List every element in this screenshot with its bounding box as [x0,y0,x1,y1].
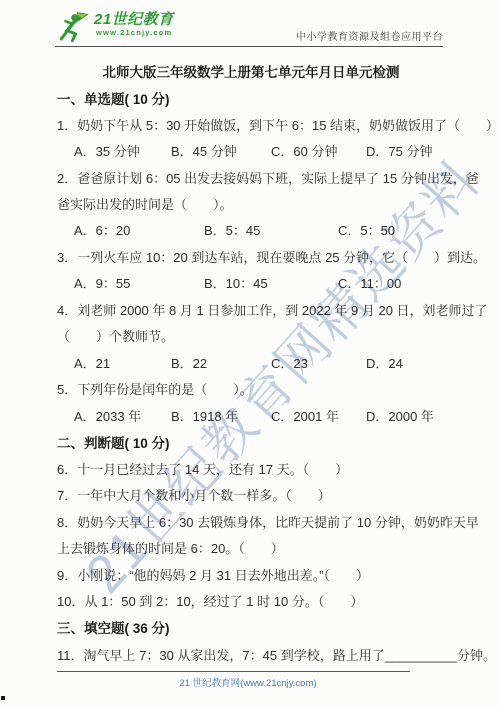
option-item: C．60 分钟 [271,141,366,160]
footer-divider [57,671,410,672]
runner-icon [57,11,91,45]
option-item: D．2000 年 [366,406,434,425]
options-row: A．6：20 B．5：45 C．5：50 [57,217,445,243]
options-row: A．9：55 B．10：45 C．11：00 [57,270,445,296]
brand-name: 21世纪教育 [94,11,174,28]
header-tagline: 中小学教育资源及组卷应用平台 [296,28,443,43]
option-item: A．2033 年 [74,406,171,425]
section-heading-judge: 二、判断题( 10 分) [57,428,445,455]
section-heading-choice: 一、单选题( 10 分) [57,84,445,111]
question-line: 6．十一月已经过去了 14 天，还有 17 天。（ ） [57,455,445,481]
question-line: 爸实际出发的时间是（ ）。 [57,190,445,216]
page-corner-dot [1,696,5,700]
option-item: D．75 分钟 [366,141,432,160]
brand-logo: 21世纪教育 www.21cnjy.com [57,11,174,45]
question-line: 4．刘老师 2000 年 8 月 1 日参加工作，到 2022 年 9 月 20… [57,296,445,322]
options-row: A．2033 年 B．1918 年 C．2001 年 D．2000 年 [57,402,445,428]
brand-url: www.21cnjy.com [96,28,174,37]
question-line: 8．奶奶今天早上 6：30 去锻炼身体，比昨天提前了 10 分钟，奶奶昨天早 [57,508,445,534]
option-item: A．9：55 [74,273,204,292]
question-line: 10．从 1：50 到 2：10，经过了 1 时 10 分。（ ） [57,587,445,613]
question-line: 5．下列年份是闰年的是（ ）。 [57,375,445,401]
question-line: 9．小刚说：“他的妈妈 2 月 31 日去外地出差。”（ ） [57,561,445,587]
question-line: 3．一列火车应 10：20 到达车站，现在要晚点 25 分钟，它（ ）到达。 [57,243,445,269]
option-item: A．21 [74,353,171,372]
brand-text-stack: 21世纪教育 www.21cnjy.com [94,11,174,37]
question-line: 上去锻炼身体的时间是 6：20。（ ） [57,535,445,561]
question-line: 1．奶奶下午从 5：30 开始做饭，到下午 6：15 结束，奶奶做饭用了（ ） [57,111,445,137]
option-item: B．10：45 [204,273,338,292]
question-line: 7．一年中大月个数和小月个数一样多。（ ） [57,482,445,508]
page-header: 21世纪教育 www.21cnjy.com 中小学教育资源及组卷应用平台 [55,0,443,47]
options-row: A．21 B．22 C．23 D．24 [57,349,445,375]
option-item: C．11：00 [338,273,401,292]
option-item: A．6：20 [74,220,204,239]
footer-site-label: 21 世纪教育网(www.21cnjy.com) [57,675,439,689]
worksheet-page: 21世纪教育 www.21cnjy.com 中小学教育资源及组卷应用平台 北师大… [0,0,499,706]
section-heading-fill: 三、填空题( 36 分) [57,614,445,641]
question-line: 11．淘气早上 7：30 从家出发，7：45 到学校，路上用了_________… [57,641,445,667]
main-content: 北师大版三年级数学上册第七单元年月日单元检测 一、单选题( 10 分) 1．奶奶… [57,46,445,667]
option-item: C．5：50 [338,220,395,239]
option-item: A．35 分钟 [74,141,171,160]
option-item: B．22 [171,353,271,372]
page-title: 北师大版三年级数学上册第七单元年月日单元检测 [57,58,445,84]
option-item: C．2001 年 [271,406,366,425]
option-item: B．45 分钟 [171,141,271,160]
options-row: A．35 分钟 B．45 分钟 C．60 分钟 D．75 分钟 [57,137,445,163]
option-item: B．1918 年 [171,406,271,425]
option-item: C．23 [271,353,366,372]
option-item: B．5：45 [204,220,338,239]
question-line: 2．爸爸原计划 6：05 出发去接妈妈下班，实际上提早了 15 分钟出发，爸 [57,164,445,190]
question-line: （ ）个教师节。 [57,323,445,349]
option-item: D．24 [366,353,403,372]
